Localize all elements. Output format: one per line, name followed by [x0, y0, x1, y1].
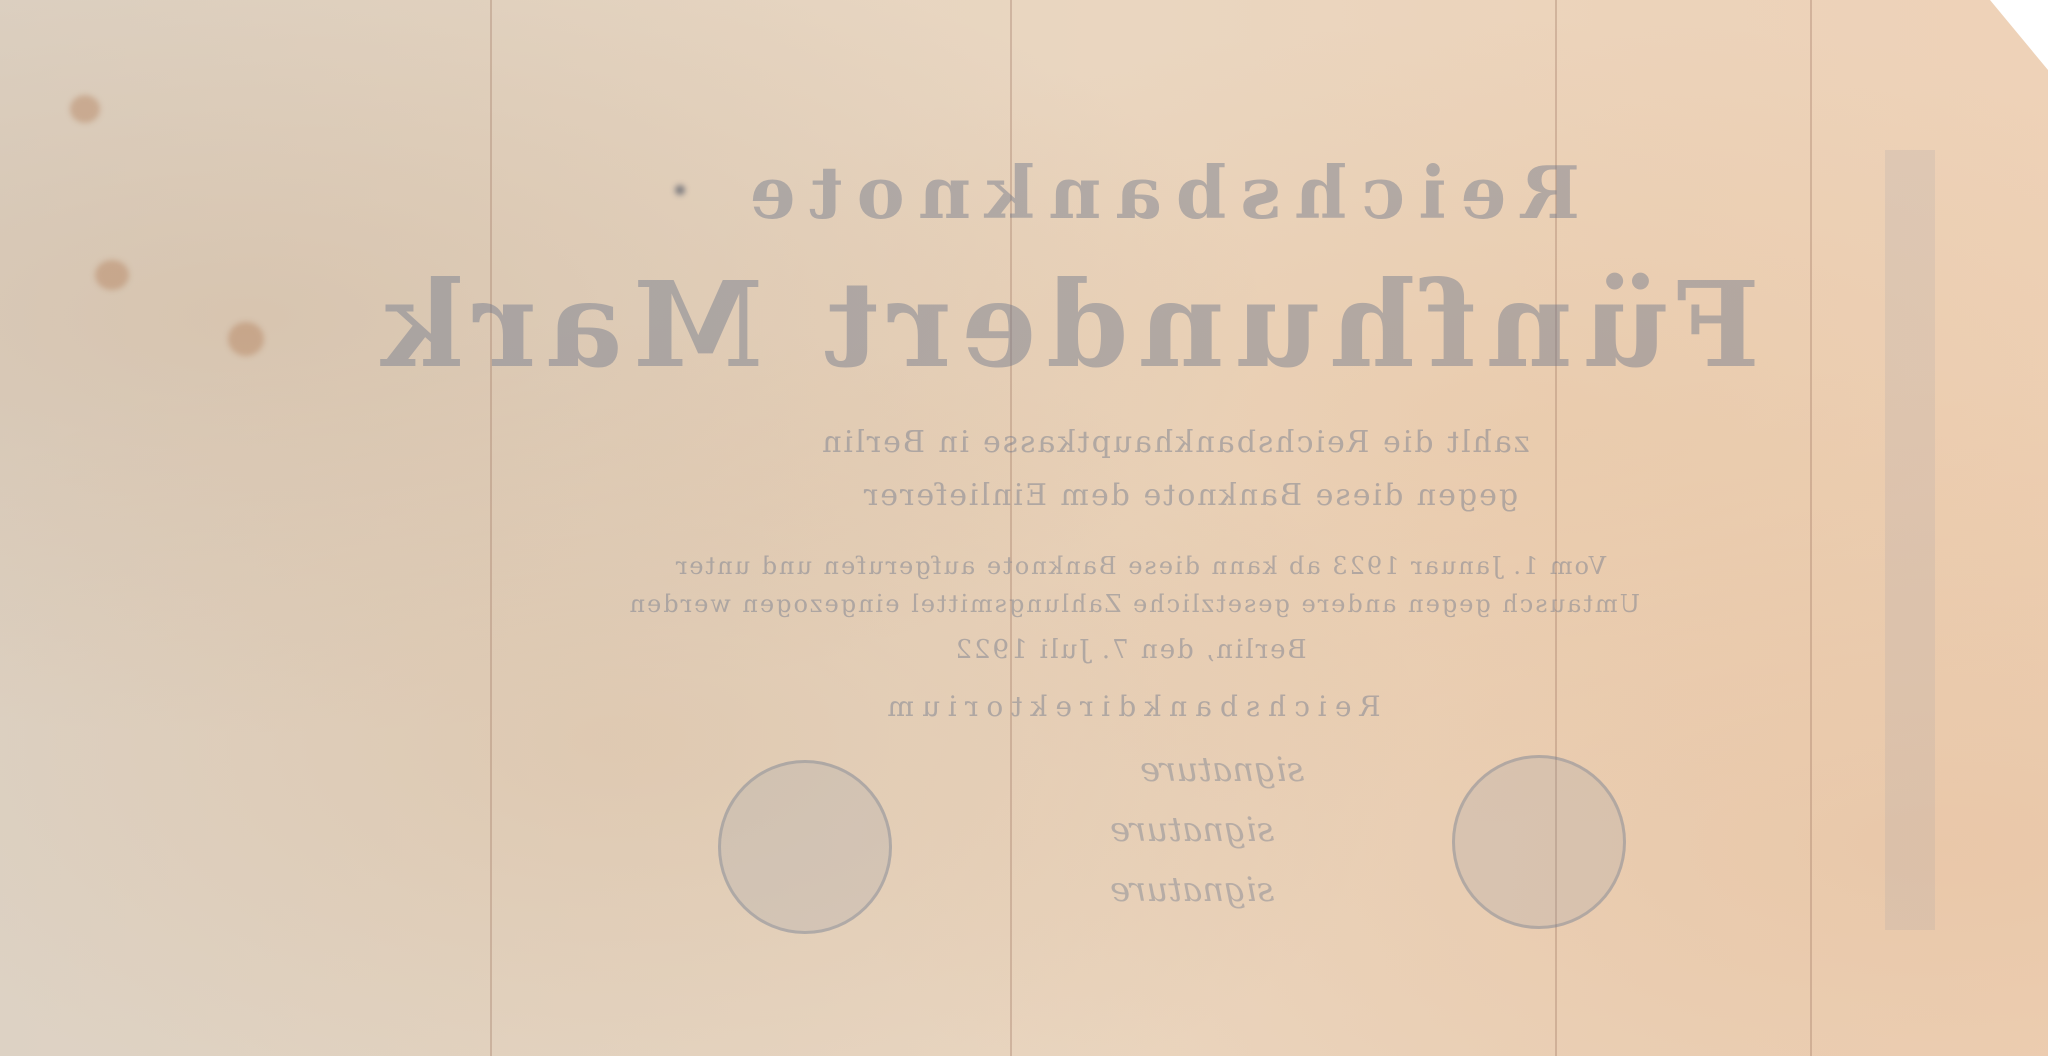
- fold-line: [1810, 0, 1812, 1056]
- title-line-2: Fünfhundert Mark: [560, 255, 1760, 394]
- vertical-band: [1885, 150, 1935, 930]
- issuer-line: Reichsbankdirektorium: [850, 690, 1410, 723]
- signature: signature: [1110, 810, 1274, 850]
- date-line: Berlin, den 7. Juli 1922: [860, 635, 1400, 665]
- body-line: Vom 1. Januar 1923 ab kann diese Banknot…: [640, 552, 1640, 580]
- right-seal: [1452, 755, 1626, 929]
- ink-spot: [675, 185, 685, 195]
- body-line: Umtausch gegen andere gesetzliche Zahlun…: [640, 590, 1640, 618]
- signature: signature: [1110, 870, 1274, 910]
- stain: [228, 322, 264, 356]
- stain: [70, 95, 100, 123]
- fold-line: [490, 0, 492, 1056]
- banknote-reverse: Reichsbanknote Fünfhundert Mark zahlt di…: [0, 0, 2048, 1056]
- title-line-1: Reichsbanknote: [760, 150, 1580, 235]
- signature: signature: [1140, 750, 1304, 790]
- body-line: gegen diese Banknote dem Einlieferer: [790, 478, 1590, 513]
- left-seal: [718, 760, 892, 934]
- body-line: zahlt die Reichsbankhauptkasse in Berlin: [750, 425, 1600, 460]
- stain: [95, 260, 129, 290]
